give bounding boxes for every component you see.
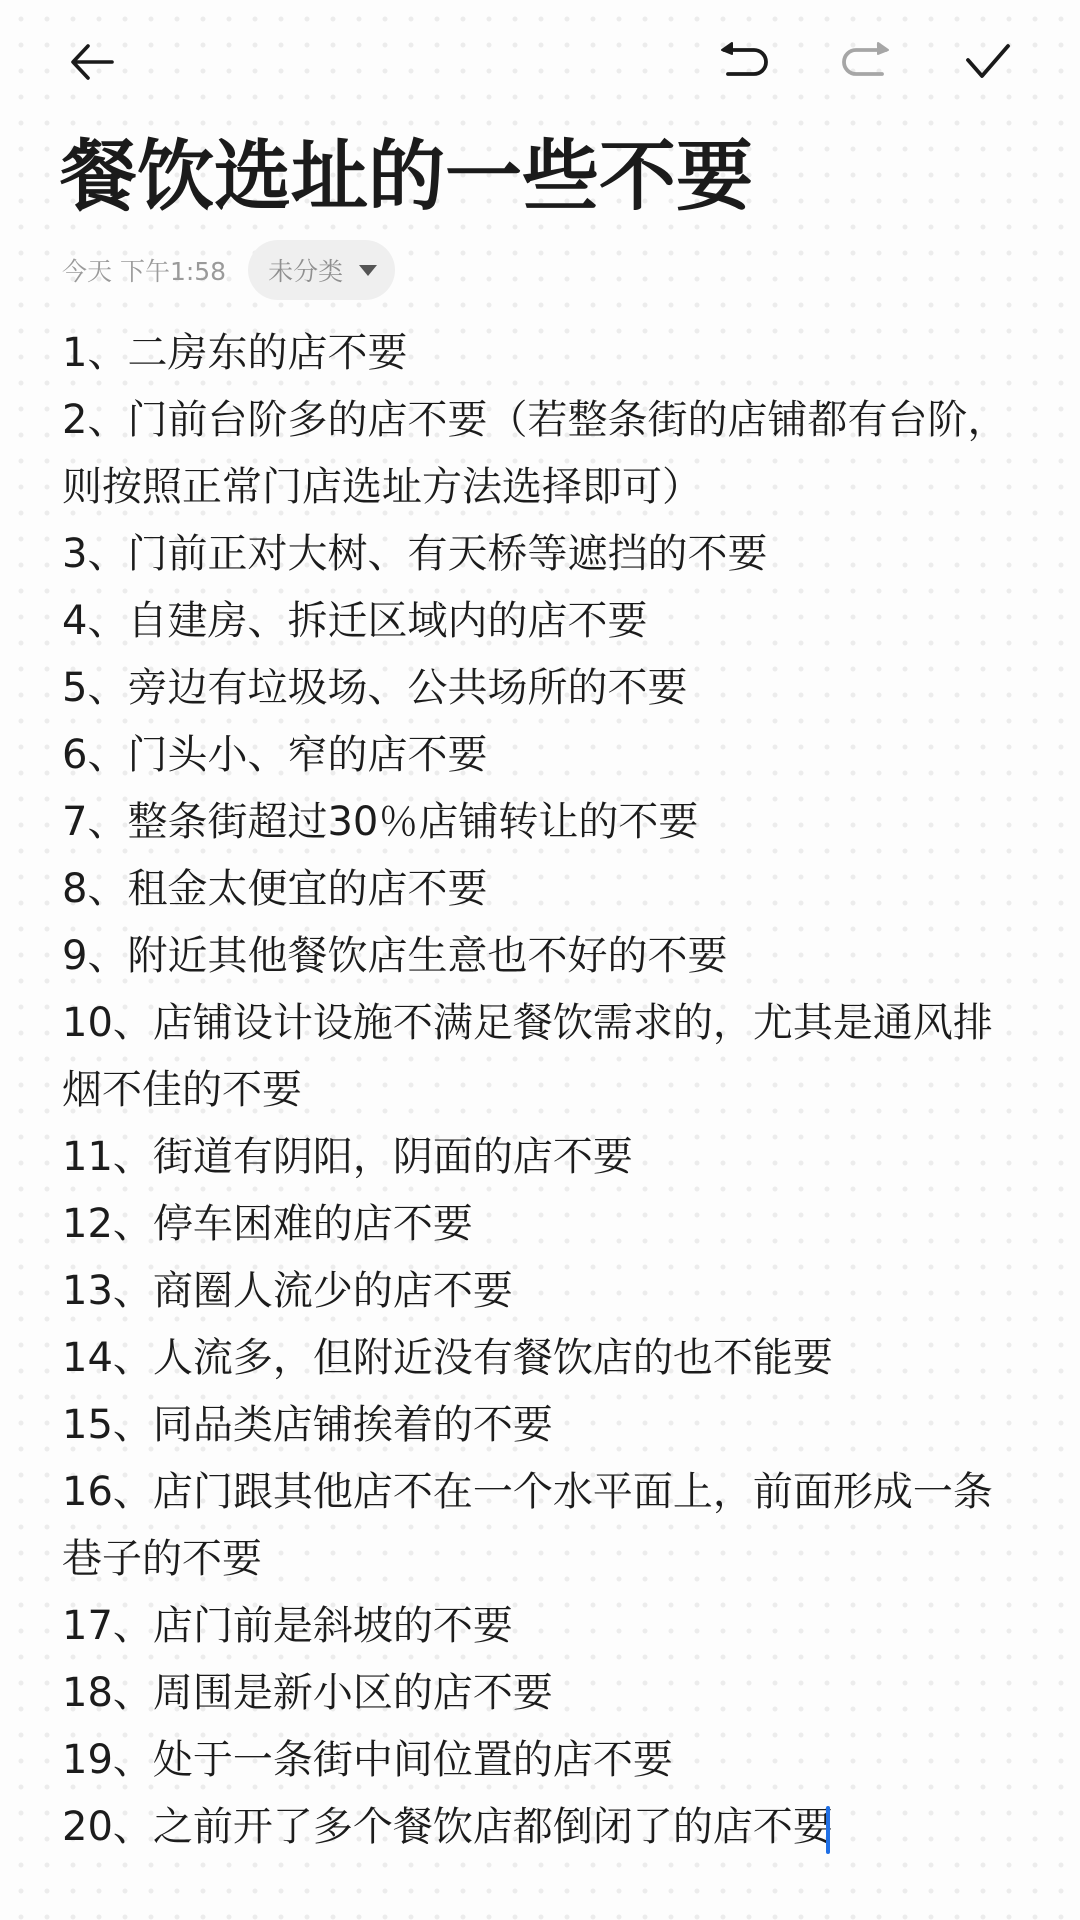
note-line: 7、整条街超过30％店铺转让的不要 (62, 789, 1002, 856)
note-line: 18、周围是新小区的店不要 (62, 1660, 1002, 1727)
note-line: 17、店门前是斜坡的不要 (62, 1593, 1002, 1660)
redo-button[interactable] (830, 26, 902, 98)
note-line: 烟不佳的不要 (62, 1057, 1002, 1124)
note-line: 4、自建房、拆迁区域内的店不要 (62, 588, 1002, 655)
undo-icon (714, 38, 774, 86)
note-line: 13、商圈人流少的店不要 (62, 1258, 1002, 1325)
note-line: 9、附近其他餐饮店生意也不好的不要 (62, 923, 1002, 990)
category-dropdown[interactable]: 未分类 (248, 240, 395, 300)
note-line: 15、同品类店铺挨着的不要 (62, 1392, 1002, 1459)
note-line: 19、处于一条街中间位置的店不要 (62, 1727, 1002, 1794)
note-line: 16、店门跟其他店不在一个水平面上，前面形成一条 (62, 1459, 1002, 1526)
note-body-editor[interactable]: 1、二房东的店不要 2、门前台阶多的店不要（若整条街的店铺都有台阶， 则按照正常… (62, 320, 1002, 1861)
note-line: 则按照正常门店选址方法选择即可） (62, 454, 1002, 521)
arrow-left-icon (64, 34, 120, 90)
note-line: 12、停车困难的店不要 (62, 1191, 1002, 1258)
save-done-button[interactable] (952, 26, 1024, 98)
category-label: 未分类 (268, 252, 343, 288)
note-line: 8、租金太便宜的店不要 (62, 856, 1002, 923)
back-button[interactable] (56, 26, 128, 98)
check-icon (958, 38, 1018, 86)
note-line: 6、门头小、窄的店不要 (62, 722, 1002, 789)
text-cursor (826, 1806, 830, 1854)
top-toolbar (0, 0, 1080, 125)
caret-down-icon (359, 265, 377, 276)
note-line: 2、门前台阶多的店不要（若整条街的店铺都有台阶， (62, 387, 1002, 454)
note-line: 巷子的不要 (62, 1526, 1002, 1593)
note-title[interactable]: 餐饮选址的一些不要 (60, 128, 753, 228)
note-timestamp: 今天 下午1:58 (62, 252, 226, 288)
note-line: 5、旁边有垃圾场、公共场所的不要 (62, 655, 1002, 722)
note-meta: 今天 下午1:58 未分类 (62, 240, 395, 300)
note-line: 1、二房东的店不要 (62, 320, 1002, 387)
note-line: 11、街道有阴阳，阴面的店不要 (62, 1124, 1002, 1191)
note-line: 14、人流多，但附近没有餐饮店的也不能要 (62, 1325, 1002, 1392)
note-line: 10、店铺设计设施不满足餐饮需求的，尤其是通风排 (62, 990, 1002, 1057)
redo-icon (836, 38, 896, 86)
note-line: 3、门前正对大树、有天桥等遮挡的不要 (62, 521, 1002, 588)
note-line: 20、之前开了多个餐饮店都倒闭了的店不要 (62, 1794, 1002, 1861)
undo-button[interactable] (708, 26, 780, 98)
